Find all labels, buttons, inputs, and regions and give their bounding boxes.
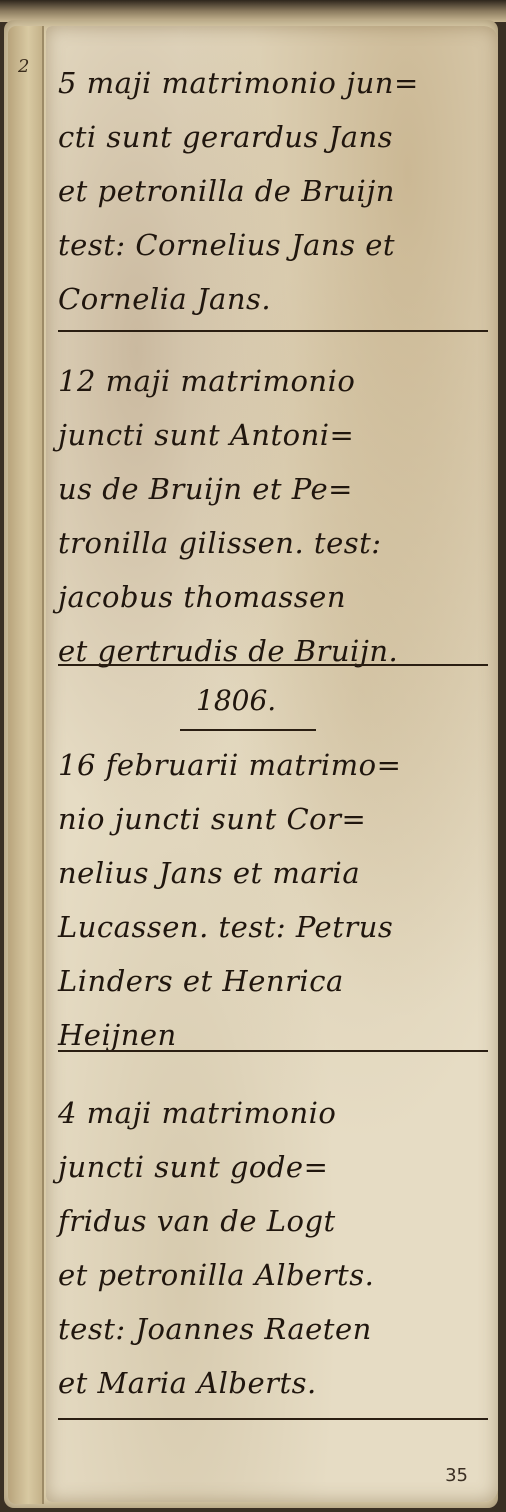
year-underline [180,729,316,731]
entry-line: 4 maji matrimonio [58,1086,488,1140]
entry-line: 12 maji matrimonio [58,354,488,408]
entry-line: fridus van de Logt [58,1194,488,1248]
page-number: 35 [445,1465,468,1486]
entry-16-februarii: 16 februarii matrimo= nio juncti sunt Co… [58,738,488,1062]
entry-line: cti sunt gerardus Jans [58,110,488,164]
entry-line: juncti sunt Antoni= [58,408,488,462]
entry-line: us de Bruijn et Pe= [58,462,488,516]
entry-line: et petronilla de Bruijn [58,164,488,218]
entry-line: nelius Jans et maria [58,846,488,900]
margin-mark: 2 [18,56,29,77]
entry-line: Linders et Henrica [58,954,488,1008]
entry-line: et Maria Alberts. [58,1356,488,1410]
year-heading: 1806. [196,684,276,717]
entry-divider [58,1418,488,1420]
entry-line: jacobus thomassen [58,570,488,624]
entry-line: et gertrudis de Bruijn. [58,624,488,678]
entry-12-maji: 12 maji matrimonio juncti sunt Antoni= u… [58,354,488,678]
entry-line: 16 februarii matrimo= [58,738,488,792]
entry-divider [58,330,488,332]
entry-line: 5 maji matrimonio jun= [58,56,488,110]
entry-line: Cornelia Jans. [58,272,488,326]
entry-line: test: Cornelius Jans et [58,218,488,272]
register-page: 5 maji matrimonio jun= cti sunt gerardus… [46,26,498,1502]
entry-divider [58,1050,488,1052]
entry-line: Lucassen. test: Petrus [58,900,488,954]
entry-5-maji: 5 maji matrimonio jun= cti sunt gerardus… [58,56,488,326]
entry-line: test: Joannes Raeten [58,1302,488,1356]
entry-line: nio juncti sunt Cor= [58,792,488,846]
entry-line: tronilla gilissen. test: [58,516,488,570]
entry-line: et petronilla Alberts. [58,1248,488,1302]
entry-4-maji: 4 maji matrimonio juncti sunt gode= frid… [58,1086,488,1410]
book-top-edge [0,0,506,22]
entry-line: juncti sunt gode= [58,1140,488,1194]
entry-divider [58,664,488,666]
left-margin-strip [8,26,44,1504]
entry-line: Heijnen [58,1008,488,1062]
